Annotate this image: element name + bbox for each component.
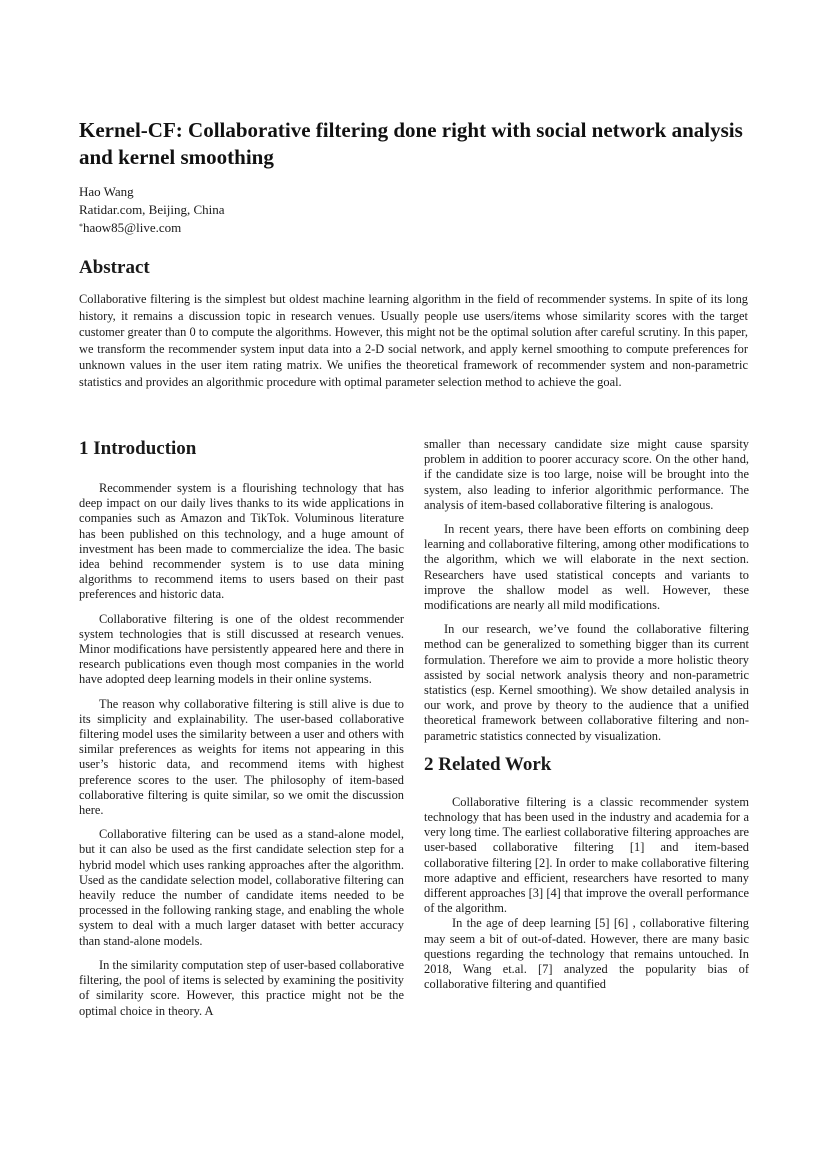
author-name: Hao Wang [79, 183, 225, 201]
paragraph: In recent years, there have been efforts… [424, 522, 749, 613]
paragraph: Recommender system is a flourishing tech… [79, 481, 404, 603]
abstract-text: Collaborative filtering is the simplest … [79, 291, 748, 391]
paragraph: In our research, we’ve found the collabo… [424, 622, 749, 744]
author-email: haow85@live.com [83, 220, 181, 235]
author-block: Hao Wang Ratidar.com, Beijing, China *ha… [79, 183, 225, 237]
author-email-line: *haow85@live.com [79, 219, 225, 237]
section-heading-introduction: 1 Introduction [79, 437, 404, 461]
left-column: 1 Introduction Recommender system is a f… [79, 437, 404, 1028]
paragraph: In the similarity computation step of us… [79, 958, 404, 1019]
right-column: smaller than necessary candidate size mi… [424, 437, 749, 1002]
email-marker: * [79, 222, 83, 231]
paper-title: Kernel-CF: Collaborative filtering done … [79, 117, 759, 171]
section-heading-related-work: 2 Related Work [424, 753, 749, 777]
abstract-heading: Abstract [79, 257, 150, 279]
paragraph: In the age of deep learning [5] [6] , co… [424, 916, 749, 992]
author-affiliation: Ratidar.com, Beijing, China [79, 201, 225, 219]
paragraph: Collaborative filtering can be used as a… [79, 827, 404, 949]
paragraph-continued: smaller than necessary candidate size mi… [424, 437, 749, 513]
paragraph: Collaborative filtering is a classic rec… [424, 795, 749, 917]
paragraph: Collaborative filtering is one of the ol… [79, 612, 404, 688]
paragraph: The reason why collaborative filtering i… [79, 697, 404, 819]
